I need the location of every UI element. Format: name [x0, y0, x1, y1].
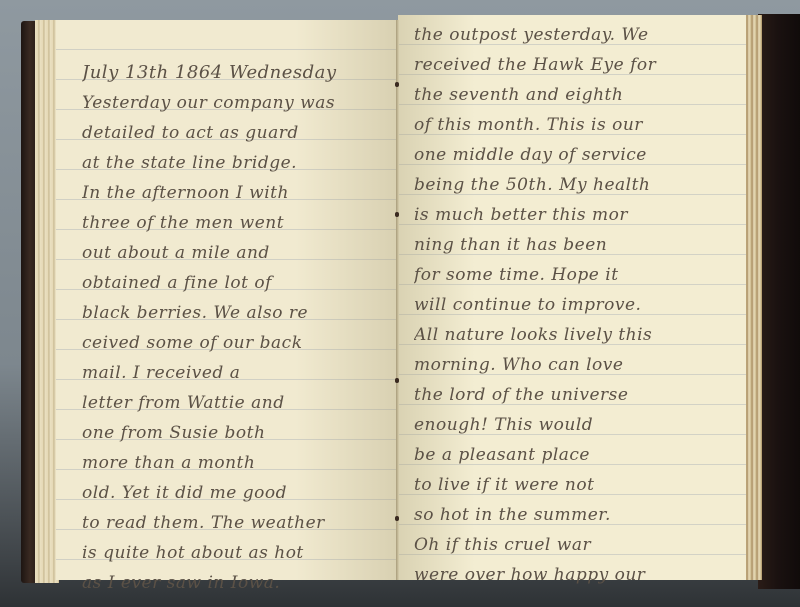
handwritten-line: Yesterday our company was — [82, 88, 388, 118]
handwritten-line: received the Hawk Eye for — [414, 50, 738, 80]
binding-stitch — [395, 378, 399, 383]
handwritten-line: at the state line bridge. — [82, 148, 388, 178]
handwritten-line: to live if it were not — [414, 470, 738, 500]
handwritten-line: one from Susie both — [82, 418, 388, 448]
handwritten-line: ning than it has been — [414, 230, 738, 260]
handwritten-line: All nature looks lively this — [414, 320, 738, 350]
handwritten-line: more than a month — [82, 448, 388, 478]
handwritten-line: July 13th 1864 Wednesday — [82, 58, 388, 88]
handwritten-line: of this month. This is our — [414, 110, 738, 140]
handwritten-line: three of the men went — [82, 208, 388, 238]
handwritten-line: black berries. We also re — [82, 298, 388, 328]
handwritten-line: as I ever saw in Iowa. — [82, 568, 388, 598]
handwritten-line: so hot in the summer. — [414, 500, 738, 530]
handwritten-line: the lord of the universe — [414, 380, 738, 410]
binding-stitch — [395, 82, 399, 87]
handwritten-line: In the afternoon I with — [82, 178, 388, 208]
open-diary: July 13th 1864 Wednesday Yesterday our c… — [0, 0, 800, 607]
handwritten-line: old. Yet it did me good — [82, 478, 388, 508]
right-page: the outpost yesterday. We received the H… — [398, 15, 746, 580]
handwritten-line: the outpost yesterday. We — [414, 20, 738, 50]
handwritten-line: obtained a fine lot of — [82, 268, 388, 298]
handwritten-line: mail. I received a — [82, 358, 388, 388]
handwritten-line: morning. Who can love — [414, 350, 738, 380]
handwritten-line: for some time. Hope it — [414, 260, 738, 290]
handwritten-line: is much better this mor — [414, 200, 738, 230]
handwritten-line: were over how happy our — [414, 560, 738, 590]
handwritten-line: Oh if this cruel war — [414, 530, 738, 560]
handwritten-line: being the 50th. My health — [414, 170, 738, 200]
binding-stitch — [395, 516, 399, 521]
handwritten-line: the seventh and eighth — [414, 80, 738, 110]
right-cover — [758, 14, 800, 589]
handwritten-line: be a pleasant place — [414, 440, 738, 470]
handwritten-line: enough! This would — [414, 410, 738, 440]
handwritten-line: ceived some of our back — [82, 328, 388, 358]
handwritten-line: detailed to act as guard — [82, 118, 388, 148]
handwritten-line: will continue to improve. — [414, 290, 738, 320]
handwritten-line: letter from Wattie and — [82, 388, 388, 418]
handwritten-line: out about a mile and — [82, 238, 388, 268]
handwritten-line: to read them. The weather — [82, 508, 388, 538]
handwritten-line: one middle day of service — [414, 140, 738, 170]
book-gutter — [396, 20, 399, 580]
binding-stitch — [395, 212, 399, 217]
right-page-edges — [744, 15, 762, 580]
handwritten-line: is quite hot about as hot — [82, 538, 388, 568]
left-page: July 13th 1864 Wednesday Yesterday our c… — [56, 20, 398, 580]
